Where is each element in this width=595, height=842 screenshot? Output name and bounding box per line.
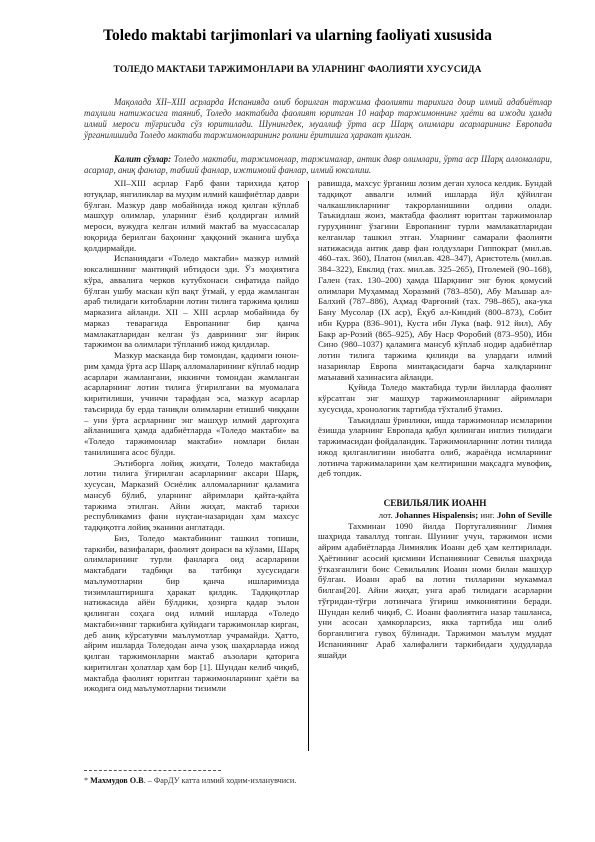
english-name: John of Seville <box>497 510 552 520</box>
body-paragraph: Таъкидлаш ўринлики, ишда таржимонлар исм… <box>318 415 552 480</box>
abstract: Мақолада XII–XIII асрларда Испанияда оли… <box>84 97 552 141</box>
keywords: Калит сўзлар: Толедо мактаби, таржимонла… <box>84 154 552 176</box>
footnote-rule <box>84 770 221 771</box>
section-latin-names: лот. Johannes Hispalensis; инг. John of … <box>318 510 552 521</box>
section-heading: СЕВИЛЬЯЛИК ИОАНН <box>318 498 552 509</box>
latin-name: Johannes Hispalensis; <box>395 510 478 520</box>
latin-prefix: лот. <box>379 510 395 520</box>
page-title: Toledo maktabi tarjimonlari va ularning … <box>0 27 595 45</box>
body-paragraph: Мазкур масканда бир томондан, қадимги юн… <box>84 350 299 458</box>
body-paragraph: Қуйида Толедо мактабида турли йилларда ф… <box>318 382 552 414</box>
body-paragraph: Тахминан 1090 йилда Португалиянинг Лимия… <box>318 521 552 661</box>
footnote-text: . – ФарДУ катта илмий ходим-изланувчиси. <box>144 776 297 785</box>
body-paragraph: Биз, Толедо мактабининг ташкил топиши, т… <box>84 533 299 694</box>
body-paragraph: Эътиборга лойиқ жиҳати, Толедо мактабида… <box>84 458 299 533</box>
left-column: XII–XIII асрлар Ғарб фани тарихида қатор… <box>84 178 299 694</box>
keywords-label: Калит сўзлар: <box>114 154 171 164</box>
footnote-author: Махмудов О.В <box>90 776 143 785</box>
english-prefix: инг. <box>478 510 497 520</box>
footnote: * Махмудов О.В. – ФарДУ катта илмий ходи… <box>84 776 296 785</box>
right-column: равишда, махсус ўрганиш лозим деган хуло… <box>318 178 552 660</box>
column-divider <box>308 181 309 751</box>
body-paragraph: равишда, махсус ўрганиш лозим деган хуло… <box>318 178 552 382</box>
body-paragraph: Испаниядаги «Толедо мактаби» мазкур илми… <box>84 253 299 350</box>
page-subtitle: ТОЛЕДО МАКТАБИ ТАРЖИМОНЛАРИ ВА УЛАРНИНГ … <box>0 65 595 75</box>
body-paragraph: XII–XIII асрлар Ғарб фани тарихида қатор… <box>84 178 299 253</box>
